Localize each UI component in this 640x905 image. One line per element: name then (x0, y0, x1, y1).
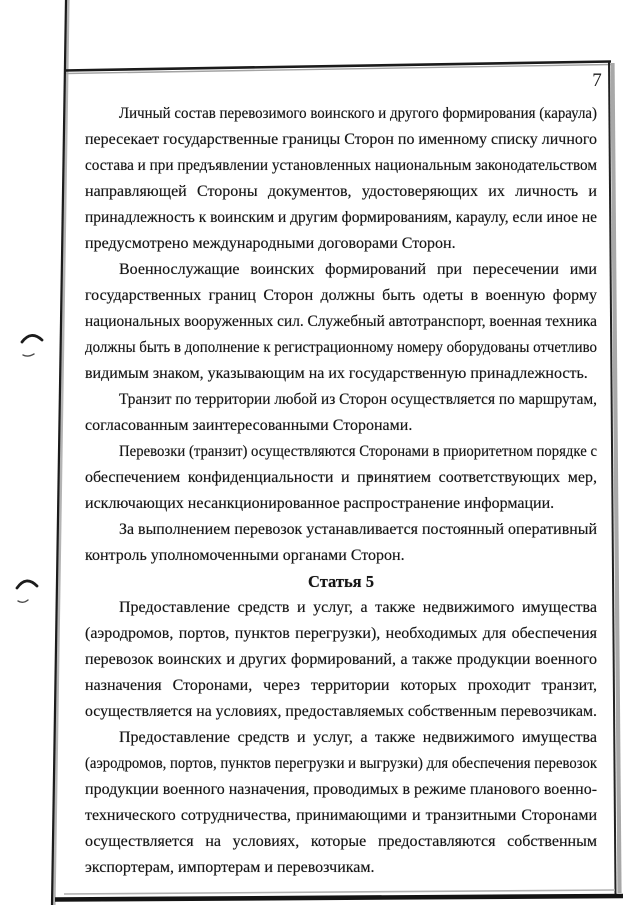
text-line: национальных вооруженных сил. Служебный … (85, 309, 597, 335)
handwritten-arc-mark (22, 335, 42, 356)
text-line: должны быть в дополнение к регистрационн… (85, 335, 597, 361)
text-line: экспортерам, импортерам и перевозчикам. (85, 855, 597, 881)
left-edge-line (52, 0, 66, 905)
text-line: Предоставление средств и услуг, а также … (85, 595, 597, 621)
text-line: осуществляется на условиях, которые пред… (85, 829, 597, 855)
paragraph: Перевозки (транзит) осуществляются Сторо… (85, 439, 597, 517)
text-line: состава и при предъявлении установленных… (85, 153, 597, 179)
right-frame-shadow (613, 63, 620, 893)
paragraph: Личный состав перевозимого воинского и д… (85, 101, 597, 257)
paragraph: Транзит по территории любой из Сторон ос… (85, 387, 597, 439)
text-line: технического сотрудничества, принимающим… (85, 803, 597, 829)
text-line: За выполнением перевозок устанавливается… (85, 517, 597, 543)
text-line: перевозок воинских и других формирований… (85, 647, 597, 673)
text-line: продукции военного назначения, проводимы… (85, 777, 597, 803)
text-line: контроль уполномоченными органами Сторон… (85, 543, 597, 569)
paragraph: Военнослужащие воинских формирований при… (85, 257, 597, 387)
document-text: Личный состав перевозимого воинского и д… (85, 101, 597, 881)
scanned-document-page: 7 Личный состав перевозимого воинского и… (0, 0, 640, 905)
text-line: Военнослужащие воинских формирований при… (85, 257, 597, 283)
text-line: видимым знаком, указывающим на их госуда… (85, 361, 597, 387)
text-line: исключающих несанкционированное распрост… (85, 491, 597, 517)
text-line: согласованным заинтересованными Сторонам… (85, 413, 597, 439)
text-line: назначения Сторонами, через территории к… (85, 673, 597, 699)
page-number: 7 (586, 70, 608, 92)
handwritten-arc-mark (17, 581, 37, 602)
text-line: осуществляется на условиях, предоставляе… (85, 699, 597, 725)
top-frame-shadow (66, 65, 611, 74)
paragraph: За выполнением перевозок устанавливается… (85, 517, 597, 569)
bottom-frame-line (55, 896, 623, 900)
right-frame-line (609, 62, 616, 894)
text-line: Перевозки (транзит) осуществляются Сторо… (85, 439, 597, 465)
text-line: государственных границ Сторон должны быт… (85, 283, 597, 309)
paragraph: Предоставление средств и услуг, а также … (85, 595, 597, 725)
top-frame-line (64, 62, 611, 71)
paragraph: Предоставление средств и услуг, а также … (85, 725, 597, 881)
text-line: (аэродромов, портов, пунктов перегрузки)… (85, 621, 597, 647)
text-line: принадлежность к воинским и другим форми… (85, 205, 597, 231)
text-line: пересекает государственные границы Сторо… (85, 127, 597, 153)
left-edge-shadow (54, 0, 68, 905)
bottom-frame-shadow (64, 890, 615, 894)
text-line: обеспечением конфиденциальности и принят… (85, 465, 597, 491)
text-line: (аэродромов, портов, пунктов перегрузки … (85, 751, 597, 777)
text-line: Предоставление средств и услуг, а также … (85, 725, 597, 751)
text-line: направляющей Стороны документов, удостов… (85, 179, 597, 205)
article-heading: Статья 5 (85, 569, 597, 595)
text-line: Личный состав перевозимого воинского и д… (85, 101, 597, 127)
text-line: предусмотрено международными договорами … (85, 231, 597, 257)
text-line: Транзит по территории любой из Сторон ос… (85, 387, 597, 413)
